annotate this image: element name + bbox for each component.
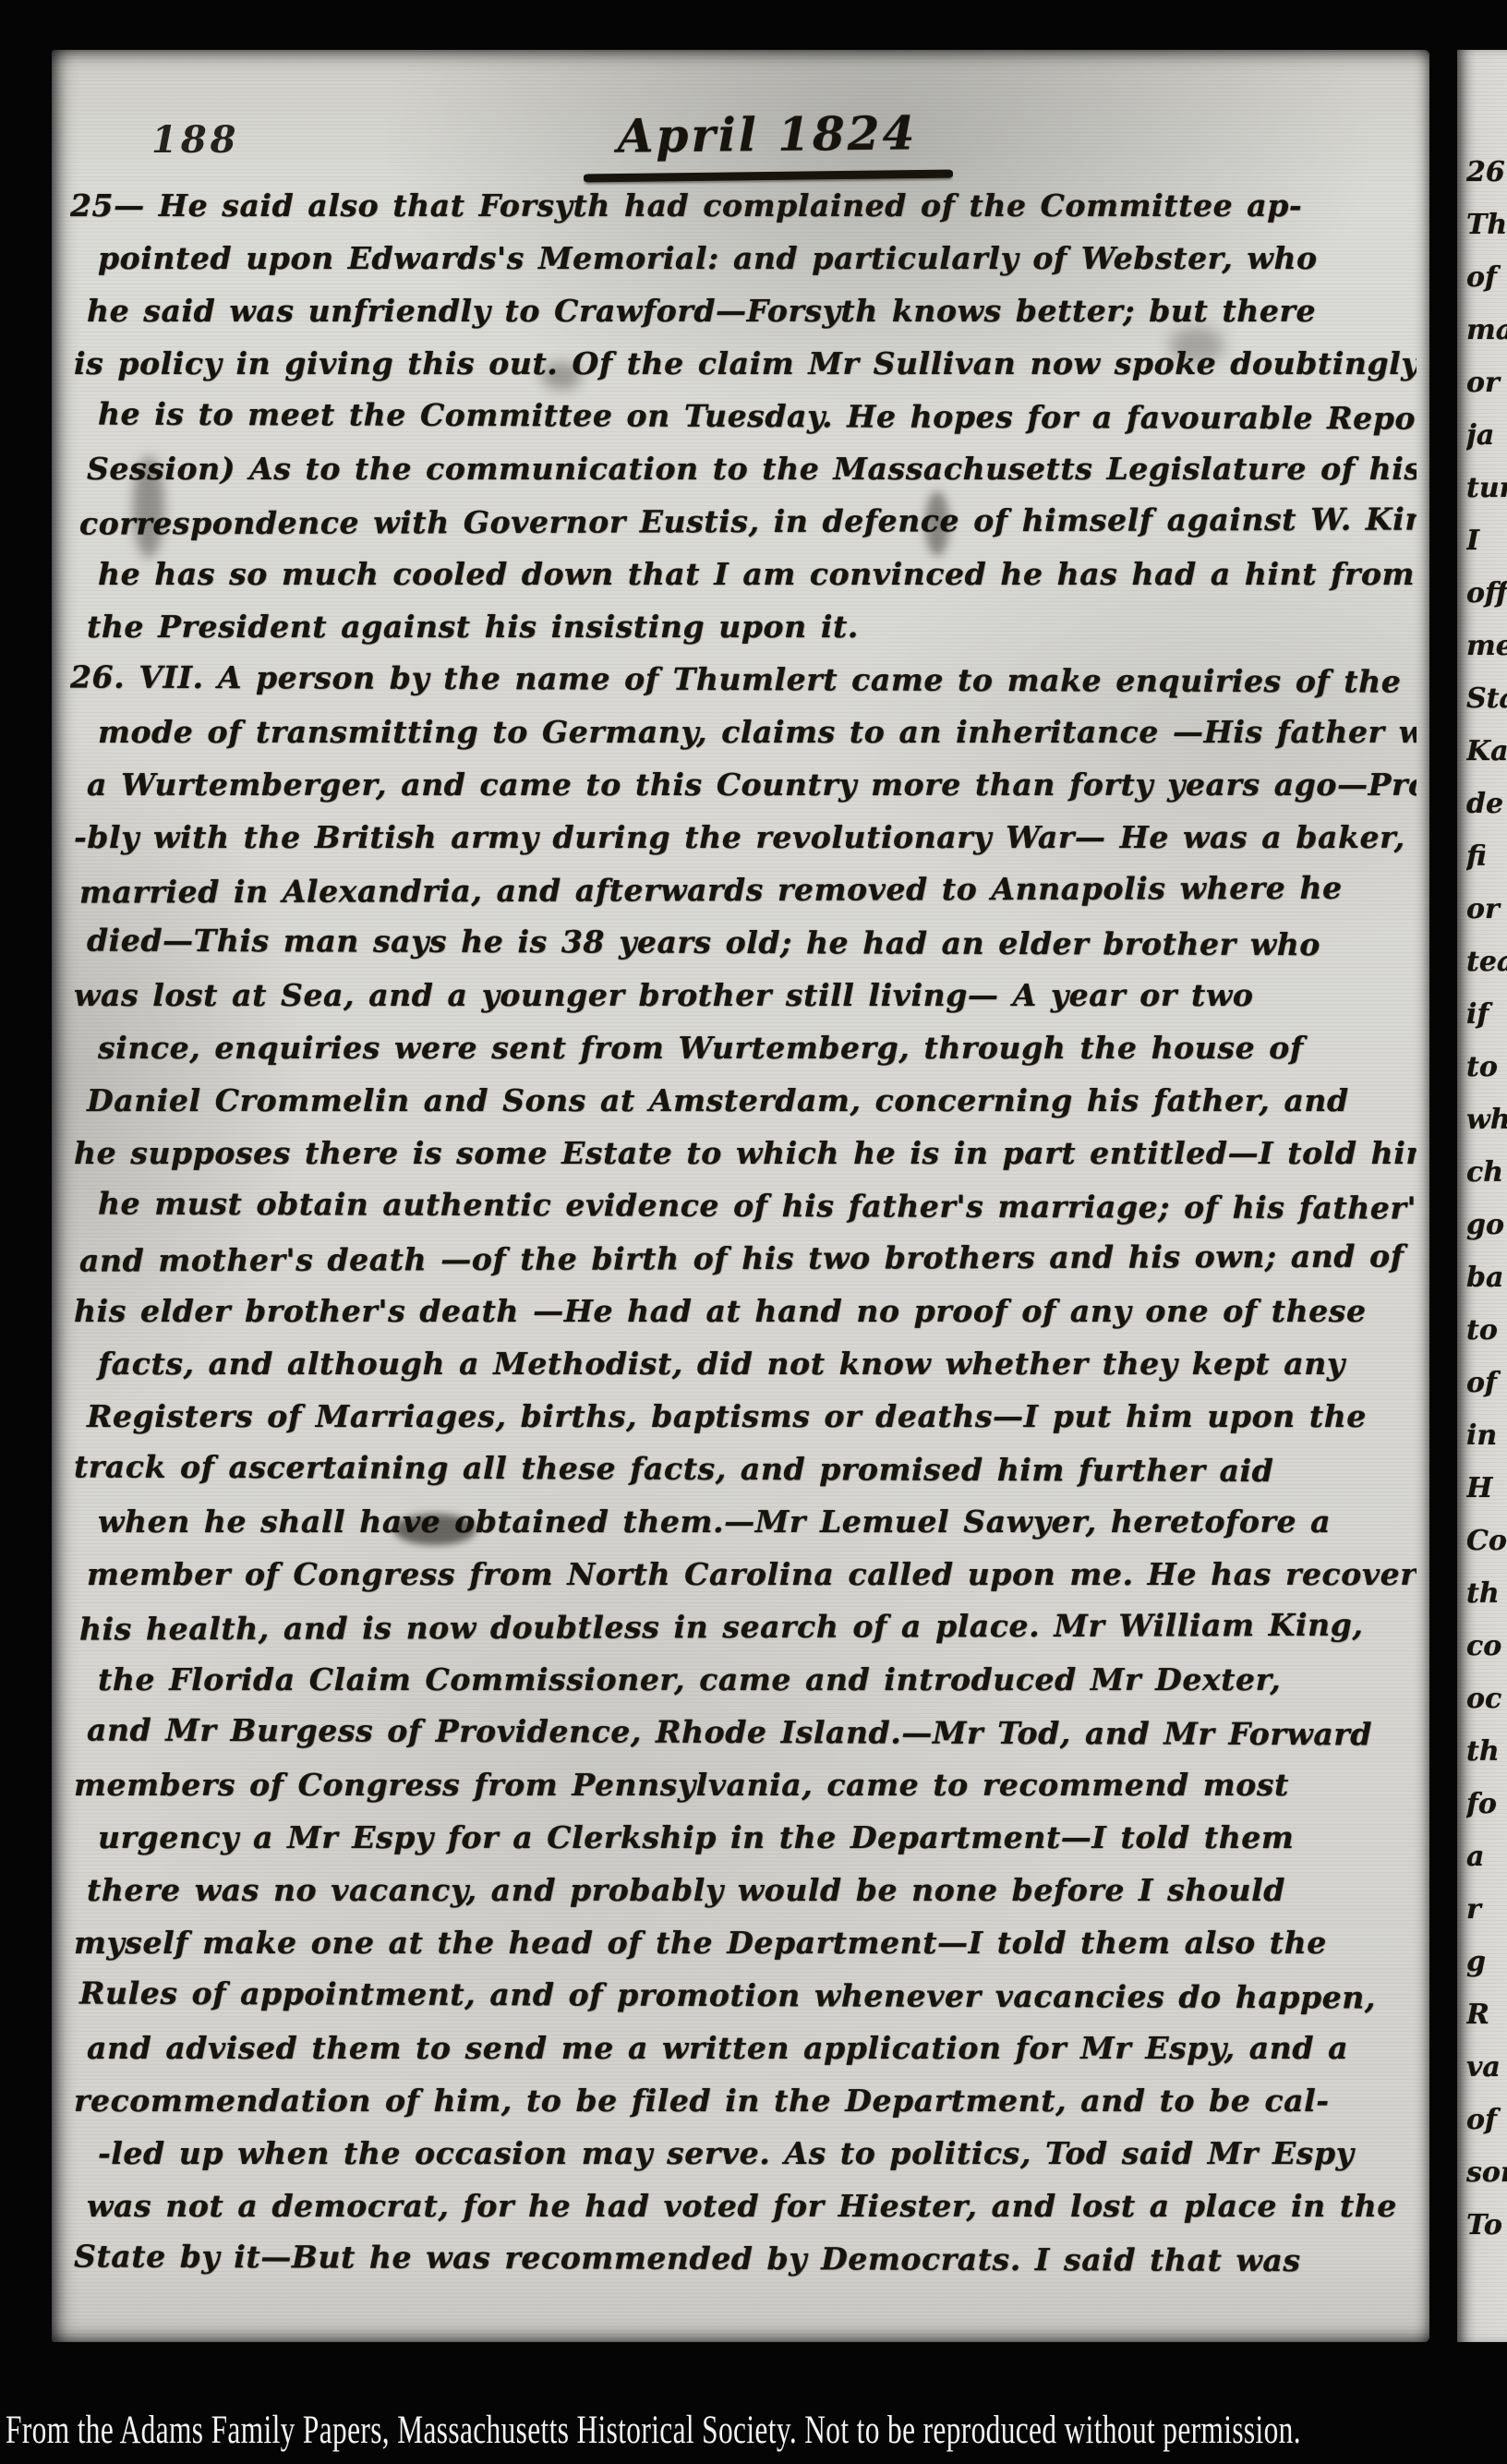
adjacent-page-fragment: Sta xyxy=(1466,672,1507,725)
adjacent-page-fragment: de xyxy=(1466,778,1507,830)
manuscript-line: 26. VII. A person by the name of Thumler… xyxy=(70,650,1417,707)
adjacent-page-fragment: H xyxy=(1466,1462,1507,1515)
adjacent-page-fragment: a xyxy=(1466,1830,1507,1883)
manuscript-line: Daniel Crommelin and Sons at Amsterdam, … xyxy=(87,1074,1417,1127)
adjacent-page-fragment: th xyxy=(1466,1725,1507,1778)
adjacent-page-fragment: go xyxy=(1466,1199,1507,1251)
adjacent-page-fragment: I xyxy=(1466,514,1507,567)
manuscript-line: and advised them to send me a written ap… xyxy=(87,2022,1417,2074)
ink-smudge xyxy=(133,456,164,558)
adjacent-page-fragment: to xyxy=(1466,1041,1507,1093)
manuscript-line: and mother's death —of the birth of his … xyxy=(79,1229,1417,1286)
adjacent-page-fragment: oc xyxy=(1466,1673,1507,1725)
manuscript-line: -led up when the occasion may serve. As … xyxy=(98,2127,1417,2180)
adjacent-page-fragment: R xyxy=(1466,1988,1507,2041)
credit-line: From the Adams Family Papers, Massachuse… xyxy=(6,2403,1301,2458)
adjacent-page-fragment: wh xyxy=(1466,1093,1507,1146)
adjacent-page-fragment: ba xyxy=(1466,1251,1507,1304)
adjacent-page-fragment: ja xyxy=(1466,409,1507,462)
ink-smudge xyxy=(393,1514,476,1545)
manuscript-line: myself make one at the head of the Depar… xyxy=(74,1916,1417,1969)
adjacent-page-fragment: r xyxy=(1466,1883,1507,1936)
manuscript-line: he is to meet the Committee on Tuesday. … xyxy=(98,388,1417,445)
adjacent-page-fragment: to xyxy=(1466,1304,1507,1357)
manuscript-text-block: 25— He said also that Forsyth had compla… xyxy=(70,179,1417,2305)
manuscript-line: 25— He said also that Forsyth had compla… xyxy=(70,179,1417,232)
manuscript-line: -bly with the British army during the re… xyxy=(74,811,1417,864)
adjacent-page-fragment: ch xyxy=(1466,1146,1507,1199)
manuscript-line: recommendation of him, to be filed in th… xyxy=(74,2074,1417,2127)
adjacent-page-fragment: or v xyxy=(1466,356,1507,409)
ink-smudge xyxy=(925,491,949,556)
manuscript-line: his health, and is now doubtless in sear… xyxy=(79,1598,1417,1655)
scan-background: 188 April 1824 25— He said also that For… xyxy=(0,0,1507,2464)
adjacent-page-fragment: if xyxy=(1466,988,1507,1041)
manuscript-line: the President against his insisting upon… xyxy=(87,600,1417,653)
manuscript-line: his elder brother's death —He had at han… xyxy=(74,1285,1417,1337)
adjacent-page-fragment: fo xyxy=(1466,1778,1507,1830)
manuscript-line: there was no vacancy, and probably would… xyxy=(87,1864,1417,1916)
manuscript-line: he has so much cooled down that I am con… xyxy=(98,548,1417,600)
adjacent-page-fragment: To xyxy=(1466,2199,1507,2252)
manuscript-line: member of Congress from North Carolina c… xyxy=(87,1548,1417,1600)
manuscript-line: when he shall have obtained them.—Mr Lem… xyxy=(98,1495,1417,1548)
page-header-date: April 1824 xyxy=(569,105,967,163)
manuscript-line: pointed upon Edwards's Memorial: and par… xyxy=(98,232,1417,284)
adjacent-page-fragment: The xyxy=(1466,199,1507,251)
manuscript-page: 188 April 1824 25— He said also that For… xyxy=(52,50,1429,2342)
adjacent-page-text-block: 26Theof itmaor vjaturnIoffmeStaKadefiort… xyxy=(1466,146,1507,2252)
manuscript-line: died—This man says he is 38 years old; h… xyxy=(87,913,1417,971)
adjacent-page-fragment: off xyxy=(1466,567,1507,620)
manuscript-line: mode of transmitting to Germany, claims … xyxy=(98,706,1417,758)
adjacent-page-fragment: me xyxy=(1466,620,1507,672)
manuscript-line: facts, and although a Methodist, did not… xyxy=(98,1337,1417,1390)
manuscript-line: Registers of Marriages, births, baptisms… xyxy=(87,1390,1417,1443)
adjacent-page-fragment: or xyxy=(1466,883,1507,936)
adjacent-page-fragment: in xyxy=(1466,1409,1507,1462)
manuscript-line: members of Congress from Pennsylvania, c… xyxy=(74,1758,1417,1811)
manuscript-line: he supposes there is some Estate to whic… xyxy=(74,1127,1417,1179)
page-number: 188 xyxy=(151,118,240,162)
manuscript-line: correspondence with Governor Eustis, in … xyxy=(79,492,1417,550)
ink-smudge xyxy=(1169,327,1224,364)
adjacent-page-fragment: son xyxy=(1466,2146,1507,2199)
adjacent-page-fragment: turn xyxy=(1466,462,1507,514)
ink-smudge xyxy=(541,362,582,390)
adjacent-page-fragment: fi xyxy=(1466,830,1507,883)
adjacent-page-fragment: g xyxy=(1466,1936,1507,1988)
adjacent-page-fragment: Ka xyxy=(1466,725,1507,778)
manuscript-line: Session) As to the communication to the … xyxy=(87,442,1417,495)
adjacent-page-fragment: th xyxy=(1466,1567,1507,1620)
adjacent-page-fragment: co xyxy=(1466,1620,1507,1673)
adjacent-page-fragment: of it xyxy=(1466,251,1507,304)
manuscript-line: since, enquiries were sent from Wurtembe… xyxy=(98,1021,1417,1074)
adjacent-page-sliver: 26Theof itmaor vjaturnIoffmeStaKadefiort… xyxy=(1457,50,1507,2342)
manuscript-line: married in Alexandria, and afterwards re… xyxy=(79,861,1417,918)
manuscript-line: State by it—But he was recommended by De… xyxy=(74,2229,1417,2287)
manuscript-line: was not a democrat, for he had voted for… xyxy=(87,2180,1417,2232)
adjacent-page-fragment: of xyxy=(1466,2094,1507,2146)
manuscript-line: track of ascertaining all these facts, a… xyxy=(74,1440,1417,1497)
manuscript-line: and Mr Burgess of Providence, Rhode Isla… xyxy=(87,1703,1417,1760)
manuscript-line: he must obtain authentic evidence of his… xyxy=(98,1178,1417,1235)
adjacent-page-fragment: 26 xyxy=(1466,146,1507,199)
adjacent-page-fragment: of xyxy=(1466,1357,1507,1409)
manuscript-line: the Florida Claim Commissioner, came and… xyxy=(98,1653,1417,1706)
adjacent-page-fragment: tea xyxy=(1466,936,1507,988)
manuscript-line: he said was unfriendly to Crawford—Forsy… xyxy=(87,284,1417,337)
adjacent-page-fragment: Co xyxy=(1466,1515,1507,1567)
manuscript-line: a Wurtemberger, and came to this Country… xyxy=(87,758,1417,811)
adjacent-page-fragment: ma xyxy=(1466,304,1507,356)
manuscript-line: was lost at Sea, and a younger brother s… xyxy=(74,969,1417,1021)
manuscript-line: urgency a Mr Espy for a Clerkship in the… xyxy=(98,1811,1417,1864)
manuscript-line: Rules of appointment, and of promotion w… xyxy=(79,1966,1417,2023)
adjacent-page-fragment: va xyxy=(1466,2041,1507,2094)
